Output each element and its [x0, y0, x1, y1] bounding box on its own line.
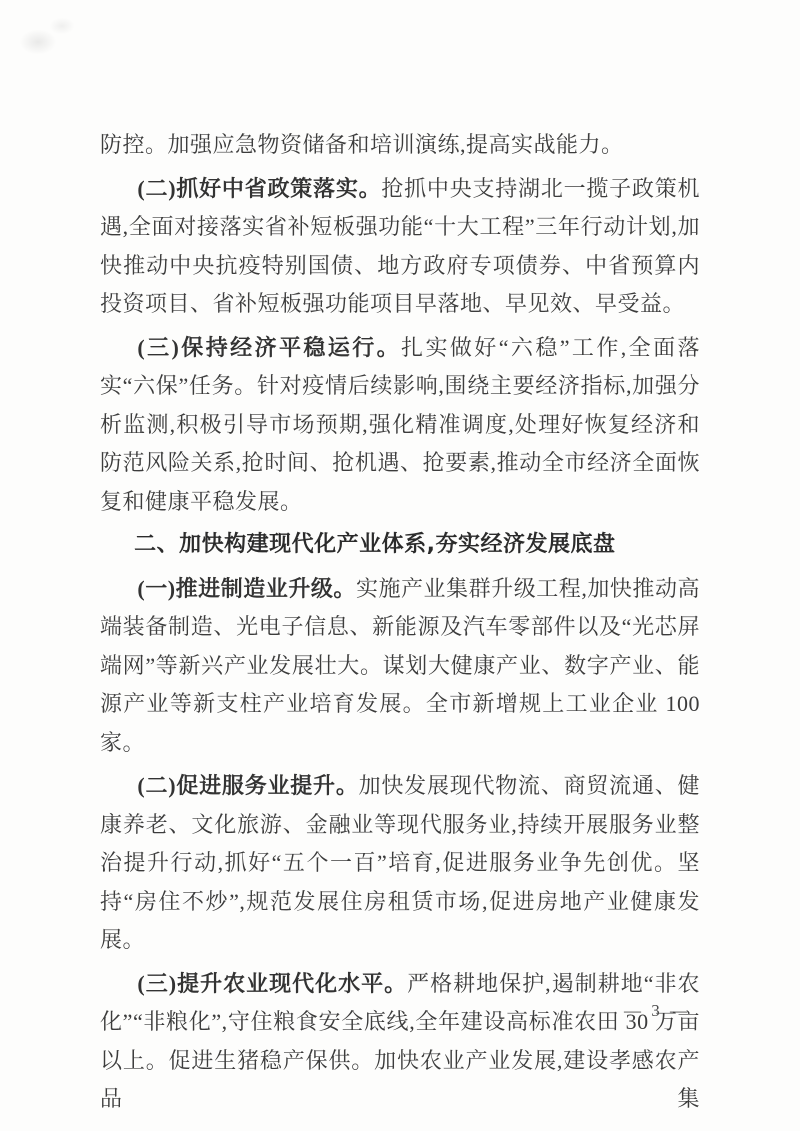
section-heading-modern-industry: 二、加快构建现代化产业体系,夯实经济发展底盘	[100, 526, 700, 565]
paragraph-policy-implementation: (二)抓好中省政策落实。抢抓中央支持湖北一揽子政策机遇,全面对接落实省补短板强功…	[100, 170, 700, 324]
paragraph-continuation: 防控。加强应急物资储备和培训演练,提高实战能力。	[100, 126, 700, 165]
paragraph-text: 实施产业集群升级工程,加快推动高端装备制造、光电子信息、新能源及汽车零部件以及“…	[100, 576, 700, 755]
page-number: — 3 —	[624, 1000, 690, 1022]
paragraph-service-industry: (二)促进服务业提升。加快发展现代物流、商贸流通、健康养老、文化旅游、金融业等现…	[100, 767, 700, 960]
paragraph-manufacturing-upgrade: (一)推进制造业升级。实施产业集群升级工程,加快推动高端装备制造、光电子信息、新…	[100, 570, 700, 763]
paragraph-lead: (二)抓好中省政策落实。	[137, 176, 381, 201]
paragraph-lead: (三)提升农业现代化水平。	[137, 971, 407, 996]
document-body: 防控。加强应急物资储备和培训演练,提高实战能力。 (二)抓好中省政策落实。抢抓中…	[100, 126, 700, 1124]
document-page: 防控。加强应急物资储备和培训演练,提高实战能力。 (二)抓好中省政策落实。抢抓中…	[0, 0, 800, 1131]
paragraph-economic-stability: (三)保持经济平稳运行。扎实做好“六稳”工作,全面落实“六保”任务。针对疫情后续…	[100, 329, 700, 522]
paragraph-text: 扎实做好“六稳”工作,全面落实“六保”任务。针对疫情后续影响,围绕主要经济指标,…	[100, 335, 700, 514]
paragraph-text: 防控。加强应急物资储备和培训演练,提高实战能力。	[100, 132, 624, 157]
paragraph-lead: (一)推进制造业升级。	[137, 576, 356, 601]
paragraph-text: 加快发展现代物流、商贸流通、健康养老、文化旅游、金融业等现代服务业,持续开展服务…	[100, 773, 700, 952]
paragraph-agriculture-modernization: (三)提升农业现代化水平。严格耕地保护,遏制耕地“非农化”“非粮化”,守住粮食安…	[100, 965, 700, 1119]
paragraph-lead: (三)保持经济平稳运行。	[137, 335, 401, 360]
paragraph-lead: (二)促进服务业提升。	[137, 773, 358, 798]
